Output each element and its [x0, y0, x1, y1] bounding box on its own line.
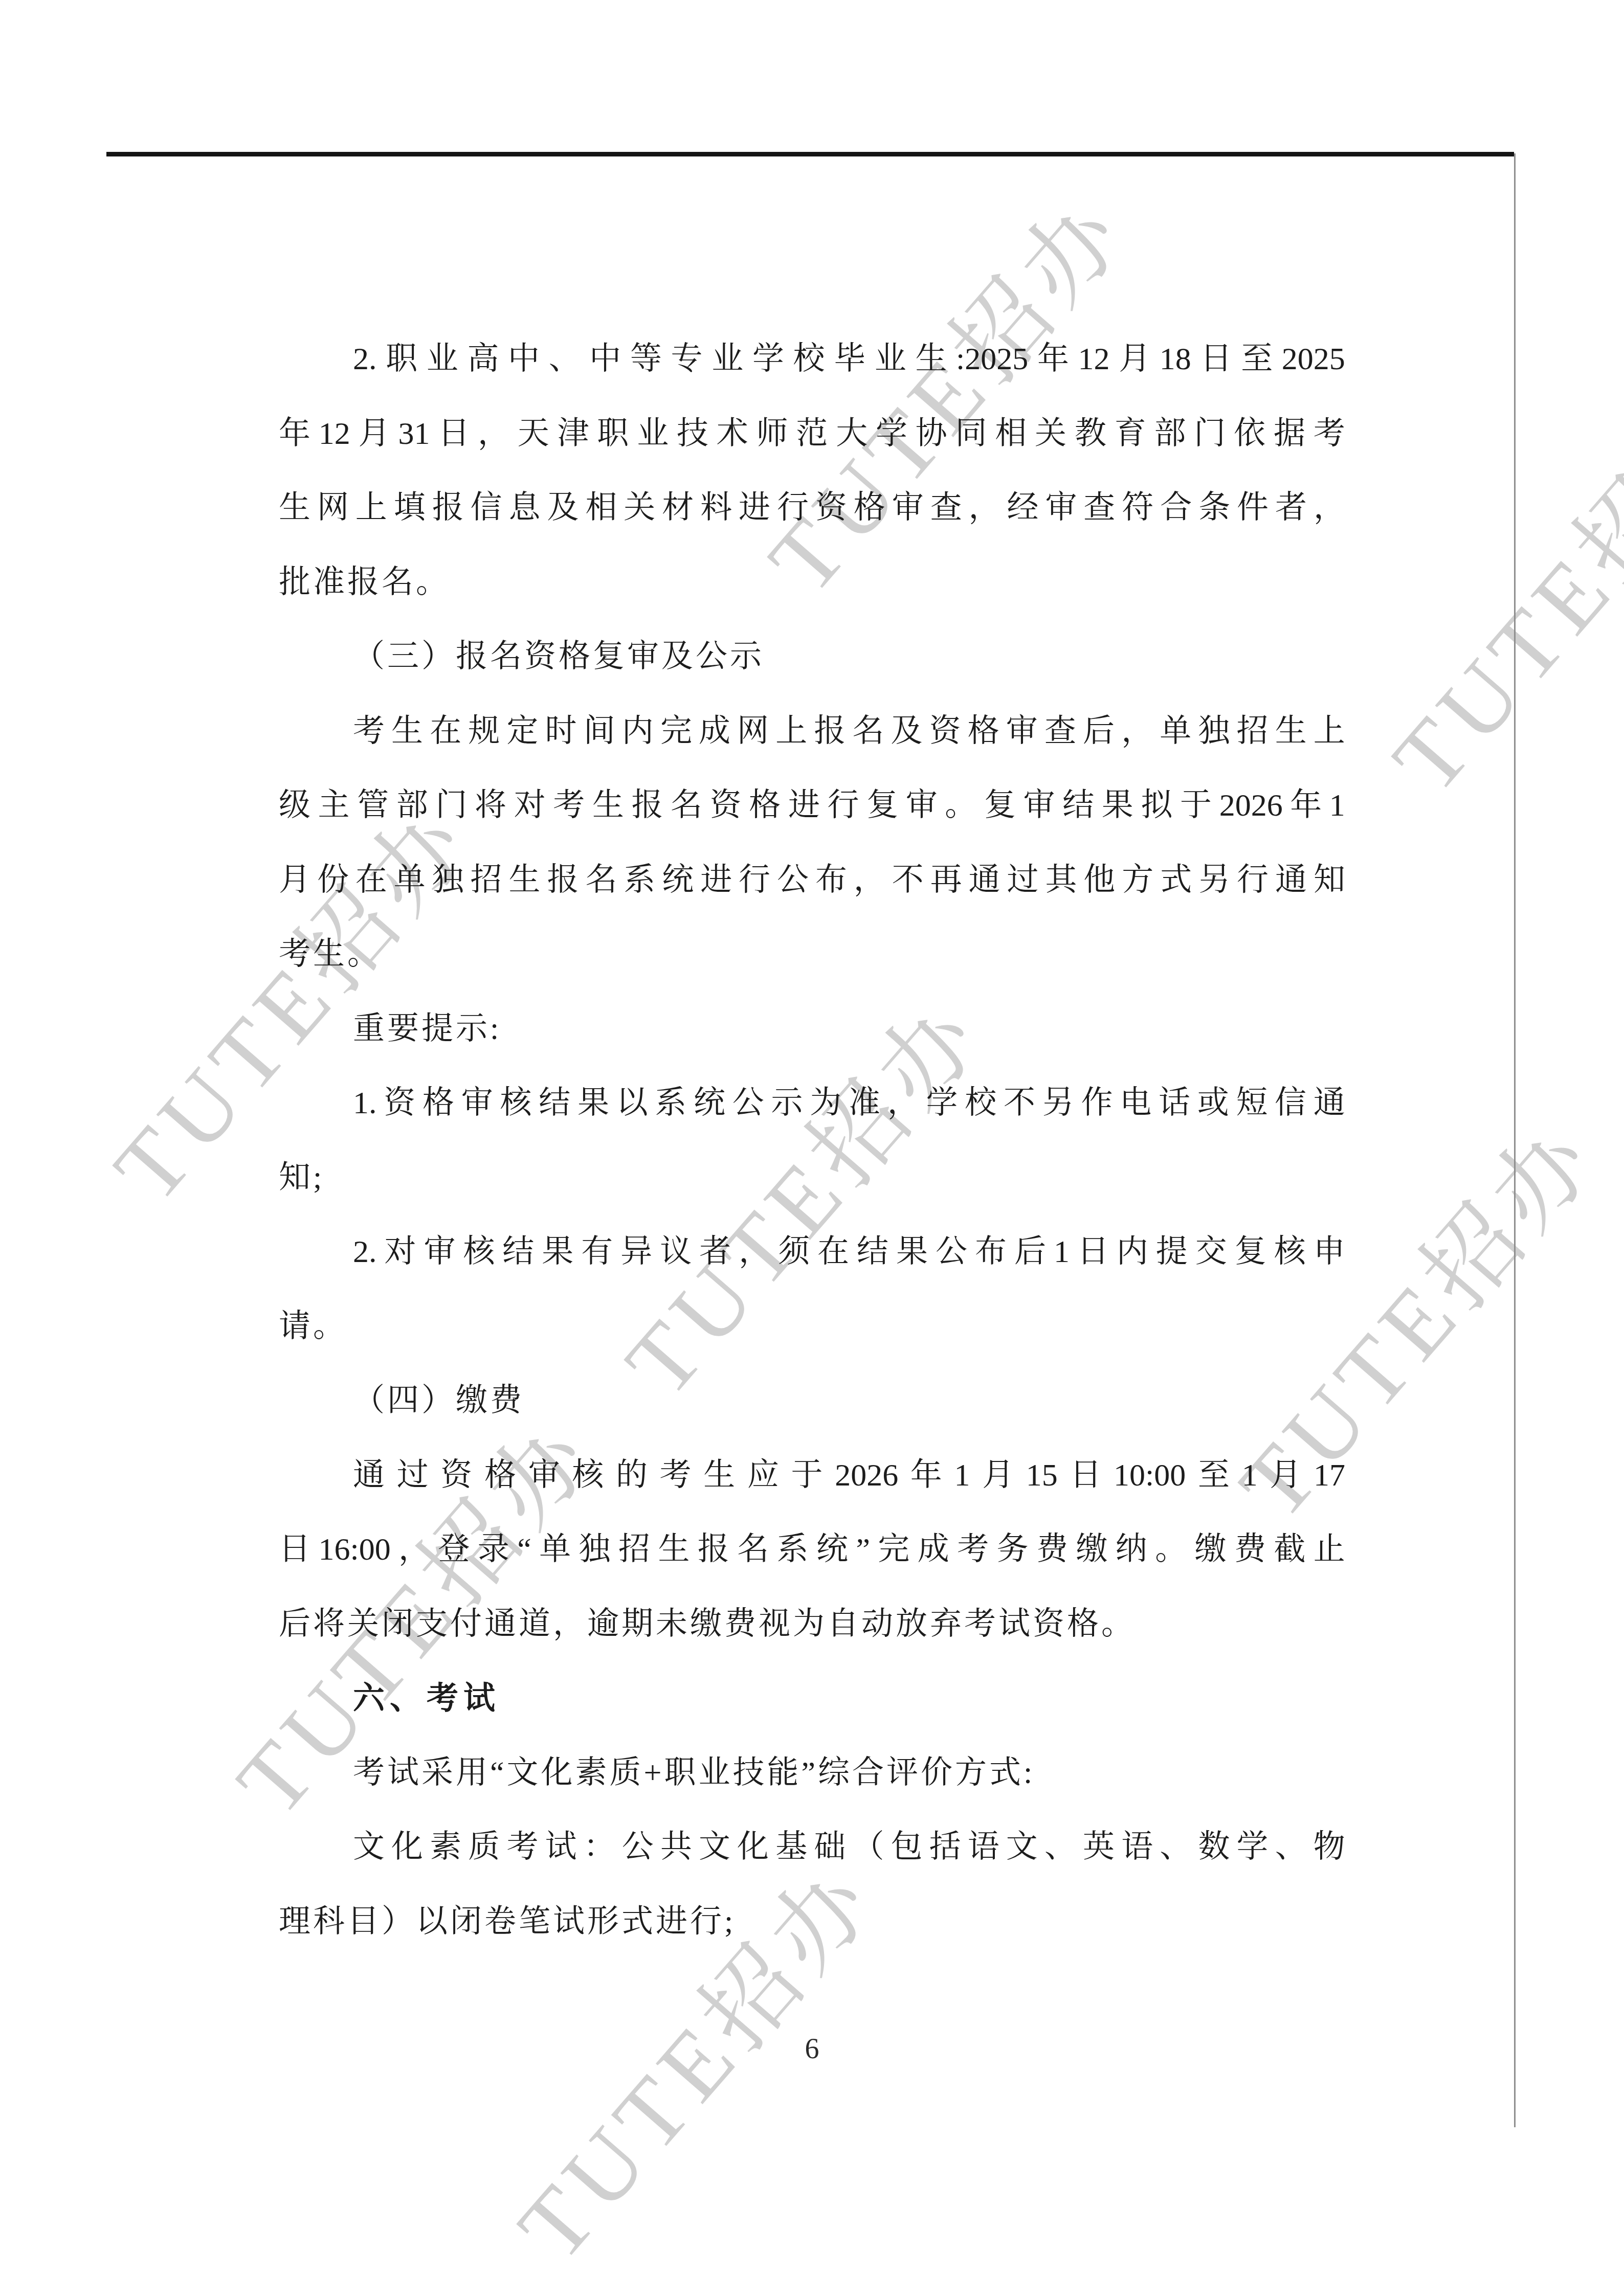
- glyph-group: 结: [502, 1215, 534, 1290]
- glyph-group: 协: [916, 397, 947, 471]
- glyph-group: 网: [317, 471, 349, 546]
- glyph-group: 审: [906, 769, 938, 843]
- glyph-group: 信: [471, 471, 502, 546]
- glyph-group: 话: [1159, 1066, 1190, 1141]
- glyph-group: 招: [1237, 694, 1269, 769]
- glyph-group: 业: [637, 397, 669, 471]
- glyph-group: 件: [1237, 471, 1269, 546]
- glyph-group: 提: [1156, 1215, 1188, 1290]
- glyph-group: 者: [1275, 471, 1307, 546]
- glyph-group: 业: [875, 322, 906, 397]
- glyph-group: 须: [778, 1215, 810, 1290]
- glyph-group: 对: [384, 1215, 416, 1290]
- glyph-group: 公: [777, 843, 809, 918]
- glyph-group: 生: [509, 843, 541, 918]
- glyph-group: 于: [1180, 769, 1212, 843]
- glyph-group: 月: [279, 843, 310, 918]
- glyph-group: 为: [810, 1066, 841, 1141]
- text-line: 理科目）以闭卷笔试形式进行;: [279, 1885, 1345, 1960]
- glyph-group: 15: [1026, 1438, 1058, 1513]
- glyph-group: 进: [788, 769, 820, 843]
- glyph-group: 短: [1236, 1066, 1267, 1141]
- glyph-group: 审: [424, 1215, 455, 1290]
- glyph-group: 成: [918, 1513, 949, 1587]
- glyph-group: 格: [854, 471, 885, 546]
- text-line: 通过资格审核的考生应于2026年1月15日10:00至1月17: [279, 1438, 1345, 1513]
- text-line: 考生。: [279, 917, 1345, 992]
- glyph-group: 相: [585, 471, 617, 546]
- glyph-group: 月: [982, 1438, 1014, 1513]
- glyph-group: ，: [398, 1513, 430, 1587]
- text-line: 年12月31日，天津职业技术师范大学协同相关教育部门依据考: [279, 397, 1345, 471]
- glyph-group: 至: [1198, 1438, 1230, 1513]
- glyph-group: 2026: [835, 1438, 898, 1513]
- document-page: TUTE招办TUTE招办TUTE招办TUTE招办TUTE招办TUTE招办TUTE…: [0, 0, 1624, 2296]
- glyph-group: 格: [749, 769, 781, 843]
- glyph-group: 布: [815, 843, 847, 918]
- glyph-group: 作: [1081, 1066, 1113, 1141]
- text-line: 文化素质考试：公共文化基础（包括语文、英语、数学、物: [279, 1810, 1345, 1885]
- glyph-group: 及: [547, 471, 579, 546]
- glyph-group: 在: [430, 694, 461, 769]
- glyph-group: 月: [1270, 1438, 1301, 1513]
- glyph-group: ，: [854, 843, 885, 918]
- glyph-group: ，: [478, 397, 509, 471]
- glyph-group: 名: [852, 694, 884, 769]
- glyph-group: ，: [1314, 471, 1345, 546]
- glyph-group: 示: [771, 1066, 803, 1141]
- glyph-group: 单: [539, 1513, 571, 1587]
- glyph-group: 异: [620, 1215, 652, 1290]
- glyph-group: 复: [866, 769, 898, 843]
- glyph-group: 、: [549, 322, 581, 397]
- glyph-group: 关: [1035, 397, 1066, 471]
- glyph-group: 文: [353, 1810, 385, 1885]
- glyph-group: 化: [737, 1810, 769, 1885]
- glyph-group: 报: [631, 769, 663, 843]
- glyph-group: 报: [432, 471, 464, 546]
- glyph-group: 有: [581, 1215, 613, 1290]
- glyph-group: 职: [386, 322, 417, 397]
- glyph-group: 业: [711, 322, 743, 397]
- glyph-group: 名: [671, 769, 702, 843]
- glyph-group: 报: [547, 843, 579, 918]
- glyph-group: 12: [1078, 322, 1110, 397]
- glyph-group: 基: [775, 1810, 807, 1885]
- glyph-group: 年: [1037, 322, 1069, 397]
- glyph-group: 通: [969, 843, 1000, 918]
- glyph-group: 中: [589, 322, 621, 397]
- glyph-group: 16:00: [318, 1513, 390, 1587]
- glyph-group: 31: [398, 397, 430, 471]
- glyph-group: 日: [279, 1513, 310, 1587]
- glyph-group: 年: [910, 1438, 942, 1513]
- text-line: 月份在单独招生报名系统进行公布，不再通过其他方式另行通知: [279, 843, 1345, 918]
- glyph-group: 格: [484, 1438, 516, 1513]
- glyph-group: 进: [700, 843, 732, 918]
- glyph-group: 数: [1198, 1810, 1230, 1885]
- glyph-group: 于: [791, 1438, 823, 1513]
- glyph-group: 关: [624, 471, 655, 546]
- glyph-group: 果: [1102, 769, 1133, 843]
- watermark-text: TUTE招办: [1354, 360, 1624, 816]
- glyph-group: 系: [777, 1513, 809, 1587]
- glyph-group: 等: [630, 322, 662, 397]
- glyph-group: 中: [508, 322, 540, 397]
- glyph-group: 毕: [834, 322, 865, 397]
- glyph-group: 纳: [1116, 1513, 1147, 1587]
- glyph-group: 职: [597, 397, 629, 471]
- glyph-group: 申: [1314, 1215, 1345, 1290]
- glyph-group: 核: [500, 1066, 531, 1141]
- glyph-group: 式: [1160, 843, 1192, 918]
- glyph-group: 单: [1160, 694, 1191, 769]
- glyph-group: 础: [814, 1810, 846, 1885]
- glyph-group: 语: [968, 1810, 999, 1885]
- glyph-group: 知: [1314, 843, 1345, 918]
- text-line: 请。: [279, 1290, 1345, 1364]
- glyph-group: 技: [677, 397, 708, 471]
- glyph-group: 校: [965, 1066, 996, 1141]
- text-line: 考生在规定时间内完成网上报名及资格审查后，单独招生上: [279, 694, 1345, 769]
- glyph-group: 进: [739, 471, 770, 546]
- glyph-group: 另: [1042, 1066, 1074, 1141]
- glyph-group: 英: [1083, 1810, 1115, 1885]
- text-line: 批准报名。: [279, 546, 1345, 620]
- glyph-group: 费: [1036, 1513, 1068, 1587]
- glyph-group: 准: [849, 1066, 880, 1141]
- glyph-group: 其: [1045, 843, 1077, 918]
- glyph-group: 12: [319, 397, 350, 471]
- glyph-group: 止: [1314, 1513, 1345, 1587]
- glyph-group: 务: [997, 1513, 1029, 1587]
- glyph-group: 生: [703, 1438, 735, 1513]
- text-line: （四）缴费: [279, 1364, 1345, 1438]
- glyph-group: 过: [1007, 843, 1039, 918]
- glyph-group: 业: [427, 322, 458, 397]
- glyph-group: 日: [1070, 1438, 1101, 1513]
- glyph-group: 格: [968, 694, 999, 769]
- glyph-group: 报: [814, 694, 846, 769]
- glyph-group: 录: [478, 1513, 509, 1587]
- glyph-group: 完: [878, 1513, 909, 1587]
- glyph-group: 生: [592, 769, 624, 843]
- glyph-group: 行: [777, 471, 809, 546]
- glyph-group: ，: [887, 1066, 919, 1141]
- glyph-group: 再: [930, 843, 962, 918]
- glyph-group: 上: [1314, 694, 1345, 769]
- text-line: 知;: [279, 1141, 1345, 1215]
- glyph-group: 学: [926, 1066, 958, 1141]
- glyph-group: 、: [1044, 1810, 1076, 1885]
- glyph-group: 日: [438, 397, 470, 471]
- glyph-group: 通: [353, 1438, 385, 1513]
- glyph-group: 日: [1200, 322, 1232, 397]
- glyph-group: 考: [553, 769, 585, 843]
- document-body: 2.职业高中、中等专业学校毕业生:2025年12月18日至2025年12月31日…: [279, 322, 1345, 1959]
- glyph-group: 对: [514, 769, 546, 843]
- glyph-group: 据: [1274, 397, 1305, 471]
- glyph-group: 果: [896, 1215, 928, 1290]
- glyph-group: 育: [1115, 397, 1146, 471]
- glyph-group: 审: [1006, 694, 1038, 769]
- glyph-group: 另: [1198, 843, 1230, 918]
- glyph-group: 条: [1198, 471, 1230, 546]
- glyph-group: 填: [394, 471, 426, 546]
- glyph-group: 学: [752, 322, 784, 397]
- glyph-group: :2025: [956, 322, 1028, 397]
- glyph-group: 统: [694, 1066, 725, 1141]
- glyph-group: 复: [1235, 1215, 1266, 1290]
- glyph-group: 17: [1314, 1438, 1345, 1513]
- page-number: 6: [0, 2033, 1624, 2065]
- glyph-group: 2.: [353, 322, 377, 397]
- glyph-group: 完: [660, 694, 692, 769]
- glyph-group: 布: [975, 1215, 1007, 1290]
- glyph-group: 费: [1234, 1513, 1266, 1587]
- glyph-group: 考: [957, 1513, 989, 1587]
- glyph-group: 审: [892, 471, 924, 546]
- glyph-group: 学: [876, 397, 907, 471]
- glyph-group: 术: [717, 397, 748, 471]
- glyph-group: 文: [1006, 1810, 1038, 1885]
- glyph-group: 不: [892, 843, 924, 918]
- glyph-group: 符: [1122, 471, 1153, 546]
- glyph-group: 在: [355, 843, 387, 918]
- glyph-group: ：: [584, 1810, 615, 1885]
- glyph-group: 果: [542, 1215, 573, 1290]
- glyph-group: 交: [1195, 1215, 1227, 1290]
- glyph-group: 质: [468, 1810, 500, 1885]
- glyph-group: 结: [1062, 769, 1094, 843]
- text-line: 后将关闭支付通道，逾期未缴费视为自动放弃考试资格。: [279, 1587, 1345, 1662]
- glyph-group: 信: [1275, 1066, 1306, 1141]
- glyph-group: 生: [279, 471, 310, 546]
- glyph-group: 间: [584, 694, 615, 769]
- glyph-group: 将: [475, 769, 506, 843]
- glyph-group: 电: [1120, 1066, 1151, 1141]
- glyph-group: 月: [1119, 322, 1150, 397]
- glyph-group: ，: [739, 1215, 770, 1290]
- glyph-group: 审: [1024, 769, 1055, 843]
- glyph-group: 物: [1314, 1810, 1345, 1885]
- text-line: 2.职业高中、中等专业学校毕业生:2025年12月18日至2025: [279, 322, 1345, 397]
- glyph-group: 通: [1275, 843, 1307, 918]
- text-line: 级主管部门将对考生报名资格进行复审。复审结果拟于2026年1: [279, 769, 1345, 843]
- glyph-group: 公: [936, 1215, 967, 1290]
- glyph-group: 主: [318, 769, 350, 843]
- glyph-group: 生: [915, 322, 947, 397]
- glyph-group: 名: [585, 843, 617, 918]
- glyph-group: 的: [616, 1438, 648, 1513]
- glyph-group: 18: [1160, 322, 1191, 397]
- glyph-group: 结: [539, 1066, 570, 1141]
- glyph-group: 语: [1121, 1810, 1153, 1885]
- glyph-group: 月: [359, 397, 390, 471]
- glyph-group: 大: [836, 397, 867, 471]
- glyph-group: 招: [471, 843, 502, 918]
- glyph-group: 专: [671, 322, 703, 397]
- glyph-group: 独: [432, 843, 464, 918]
- glyph-group: 统: [816, 1513, 848, 1587]
- glyph-group: 规: [468, 694, 500, 769]
- glyph-group: 核: [463, 1215, 495, 1290]
- glyph-group: 以: [616, 1066, 648, 1141]
- glyph-group: （: [852, 1810, 884, 1885]
- glyph-group: 考: [506, 1810, 538, 1885]
- glyph-group: 资: [815, 471, 847, 546]
- glyph-group: 门: [1194, 397, 1226, 471]
- glyph-group: ，: [1121, 694, 1153, 769]
- glyph-group: 名: [737, 1513, 769, 1587]
- glyph-group: 日: [1077, 1215, 1109, 1290]
- glyph-group: 后: [1014, 1215, 1046, 1290]
- glyph-group: ，: [969, 471, 1000, 546]
- glyph-group: 管: [357, 769, 389, 843]
- glyph-group: 生: [658, 1513, 689, 1587]
- glyph-group: 查: [1083, 471, 1115, 546]
- glyph-group: 津: [558, 397, 589, 471]
- glyph-group: 复: [984, 769, 1016, 843]
- glyph-group: 份: [317, 843, 349, 918]
- glyph-group: 1: [954, 1438, 970, 1513]
- glyph-group: 方: [1122, 843, 1153, 918]
- glyph-group: 1.: [353, 1066, 377, 1141]
- glyph-group: 学: [1237, 1810, 1269, 1885]
- glyph-group: 依: [1234, 397, 1265, 471]
- glyph-group: 缴: [1076, 1513, 1107, 1587]
- glyph-group: 缴: [1195, 1513, 1227, 1587]
- glyph-group: 年: [1290, 769, 1322, 843]
- glyph-group: 共: [660, 1810, 692, 1885]
- glyph-group: 师: [757, 397, 788, 471]
- glyph-group: 独: [1198, 694, 1230, 769]
- glyph-group: 息: [509, 471, 541, 546]
- glyph-group: 者: [699, 1215, 731, 1290]
- glyph-group: 合: [1160, 471, 1192, 546]
- glyph-group: 查: [1044, 694, 1076, 769]
- glyph-group: 资: [440, 1438, 472, 1513]
- glyph-group: 内: [1117, 1215, 1148, 1290]
- glyph-group: 他: [1083, 843, 1115, 918]
- glyph-group: 考: [353, 694, 385, 769]
- glyph-group: 系: [624, 843, 655, 918]
- glyph-group: 教: [1075, 397, 1106, 471]
- glyph-group: 1: [1054, 1215, 1070, 1290]
- glyph-group: 资: [710, 769, 742, 843]
- text-line: 生网上填报信息及相关材料进行资格审查，经审查符合条件者，: [279, 471, 1345, 546]
- glyph-group: 成: [699, 694, 730, 769]
- glyph-group: 审: [1045, 471, 1077, 546]
- glyph-group: 网: [737, 694, 769, 769]
- glyph-group: 2026: [1219, 769, 1283, 843]
- glyph-group: 部: [1154, 397, 1186, 471]
- text-line: （三）报名资格复审及公示: [279, 620, 1345, 694]
- right-margin-rule: [1514, 153, 1516, 2127]
- glyph-group: 通: [1314, 1066, 1345, 1141]
- glyph-group: 登: [438, 1513, 470, 1587]
- glyph-group: 1: [1329, 769, 1345, 843]
- glyph-group: 年: [279, 397, 310, 471]
- glyph-group: 统: [662, 843, 694, 918]
- glyph-group: 定: [506, 694, 538, 769]
- glyph-group: 1: [1242, 1438, 1258, 1513]
- glyph-group: 考: [660, 1438, 692, 1513]
- glyph-group: 行: [1237, 843, 1269, 918]
- glyph-group: 2025: [1282, 322, 1345, 397]
- glyph-group: 化: [391, 1810, 423, 1885]
- glyph-group: 生: [391, 694, 423, 769]
- glyph-group: 审: [528, 1438, 560, 1513]
- glyph-group: 部: [396, 769, 428, 843]
- glyph-group: 素: [430, 1810, 461, 1885]
- glyph-group: 在: [817, 1215, 849, 1290]
- glyph-group: 行: [739, 843, 770, 918]
- glyph-group: 试: [545, 1810, 577, 1885]
- glyph-group: 上: [775, 694, 807, 769]
- glyph-group: 应: [747, 1438, 779, 1513]
- glyph-group: 或: [1197, 1066, 1229, 1141]
- text-line: 日16:00，登录“单独招生报名系统”完成考务费缴纳。缴费截止: [279, 1513, 1345, 1587]
- glyph-group: 资: [929, 694, 961, 769]
- text-line: 2.对审核结果有异议者，须在结果公布后1日内提交复核申: [279, 1215, 1345, 1290]
- glyph-group: 天: [518, 397, 549, 471]
- glyph-group: 括: [929, 1810, 961, 1885]
- text-line: 1.资格审核结果以系统公示为准，学校不另作电话或短信通: [279, 1066, 1345, 1141]
- text-line: 考试采用“文化素质+职业技能”综合评价方式:: [279, 1736, 1345, 1811]
- glyph-group: 考: [1314, 397, 1345, 471]
- glyph-group: 至: [1241, 322, 1273, 397]
- text-line: 重要提示:: [279, 992, 1345, 1067]
- glyph-group: 相: [995, 397, 1027, 471]
- glyph-group: 后: [1083, 694, 1115, 769]
- glyph-group: 高: [467, 322, 499, 397]
- glyph-group: 拟: [1141, 769, 1172, 843]
- glyph-group: 经: [1007, 471, 1039, 546]
- glyph-group: 内: [622, 694, 654, 769]
- glyph-group: 文: [699, 1810, 730, 1885]
- glyph-group: 审: [461, 1066, 493, 1141]
- glyph-group: 包: [891, 1810, 923, 1885]
- glyph-group: ”: [856, 1513, 870, 1587]
- header-rule: [106, 152, 1514, 156]
- glyph-group: 同: [955, 397, 987, 471]
- glyph-group: 材: [662, 471, 694, 546]
- glyph-group: “: [517, 1513, 531, 1587]
- glyph-group: 过: [397, 1438, 429, 1513]
- glyph-group: 独: [579, 1513, 611, 1587]
- glyph-group: 范: [796, 397, 828, 471]
- glyph-group: 截: [1274, 1513, 1305, 1587]
- glyph-group: 资: [384, 1066, 415, 1141]
- glyph-group: 核: [1274, 1215, 1306, 1290]
- glyph-group: 公: [732, 1066, 764, 1141]
- glyph-group: 招: [618, 1513, 650, 1587]
- glyph-group: 及: [891, 694, 923, 769]
- glyph-group: 时: [545, 694, 577, 769]
- glyph-group: 、: [1275, 1810, 1307, 1885]
- glyph-group: 系: [655, 1066, 686, 1141]
- glyph-group: 生: [1275, 694, 1307, 769]
- glyph-group: 2.: [353, 1215, 377, 1290]
- glyph-group: 查: [930, 471, 962, 546]
- glyph-group: 核: [572, 1438, 604, 1513]
- section-heading: 六、考试: [279, 1661, 1345, 1736]
- glyph-group: 、: [1160, 1810, 1191, 1885]
- glyph-group: 行: [828, 769, 859, 843]
- glyph-group: 公: [622, 1810, 654, 1885]
- glyph-group: 。: [945, 769, 976, 843]
